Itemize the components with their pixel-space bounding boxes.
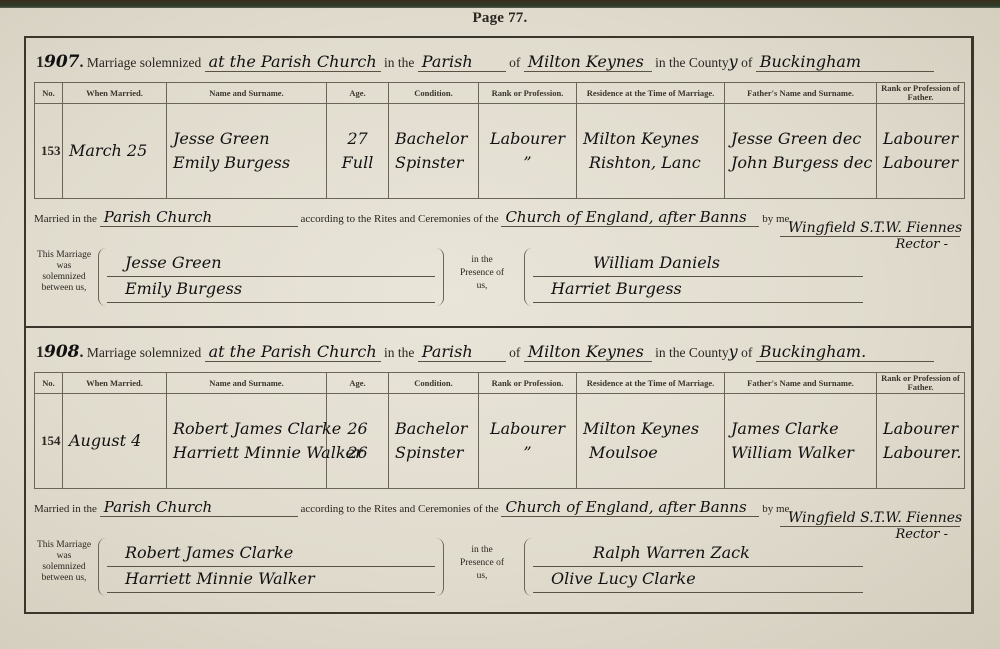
fathers-cell: Jesse Green decJohn Burgess dec (725, 104, 877, 199)
witness-signature: Ralph Warren Zack (533, 540, 863, 567)
label-of: of (741, 55, 752, 70)
ranks-cell: Labourer” (479, 104, 577, 199)
column-header-age: Age. (327, 373, 389, 394)
marriage-entry: 1907. Marriage solemnized at the Parish … (26, 38, 971, 328)
rites-field: Church of England, after Banns (501, 208, 759, 227)
county-field: Buckingham (756, 52, 934, 72)
district-type-field: Parish (418, 342, 506, 362)
party-signature: Jesse Green (107, 250, 435, 277)
label-married-in-the: Married in the (34, 213, 97, 225)
date-married: March 25 (63, 104, 167, 199)
register-frame: 1907. Marriage solemnized at the Parish … (24, 36, 974, 614)
table-header-row: No. When Married. Name and Surname. Age.… (35, 373, 965, 394)
label-this-marriage: This Marriage was solemnized between us, (34, 540, 94, 584)
entry-title-line: 1907. Marriage solemnized at the Parish … (36, 52, 955, 78)
column-header-father: Father's Name and Surname. (725, 373, 877, 394)
conditions-cell: BachelorSpinster (389, 104, 479, 199)
entry-number: 154 (35, 394, 63, 489)
ages-cell: 2626 (327, 394, 389, 489)
label-this-marriage: This Marriage was solemnized between us, (34, 250, 94, 294)
label-marriage-solemnized: Marriage solemnized (87, 345, 201, 360)
married-in-field: Parish Church (100, 498, 298, 517)
label-of: of (509, 345, 520, 360)
column-header-rank: Rank or Profession. (479, 373, 577, 394)
register-table: No. When Married. Name and Surname. Age.… (34, 372, 965, 489)
label-marriage-solemnized: Marriage solemnized (87, 55, 201, 70)
label-in-the-county: in the Countyy (655, 55, 738, 70)
column-header-father-rank: Rank or Profession of Father. (877, 83, 965, 104)
marriage-entry: 1908. Marriage solemnized at the Parish … (26, 328, 971, 612)
table-row: 153 March 25 Jesse GreenEmily Burgess 27… (35, 104, 965, 199)
witness-signature: Harriet Burgess (533, 276, 863, 303)
witness-signatures: Ralph Warren Zack Olive Lucy Clarke (524, 538, 871, 596)
party-signatures: Robert James Clarke Harriett Minnie Walk… (98, 538, 444, 596)
column-header-when-married: When Married. (63, 83, 167, 104)
column-header-when-married: When Married. (63, 373, 167, 394)
party-signatures: Jesse Green Emily Burgess (98, 248, 444, 306)
label-of: of (509, 55, 520, 70)
entry-number: 153 (35, 104, 63, 199)
fathers-cell: James ClarkeWilliam Walker (725, 394, 877, 489)
party-signature: Emily Burgess (107, 276, 435, 303)
column-header-name: Name and Surname. (167, 83, 327, 104)
label-in-presence: in the Presence of us, (454, 254, 510, 293)
column-header-rank: Rank or Profession. (479, 83, 577, 104)
district-field: Milton Keynes (524, 52, 652, 72)
witness-signatures: William Daniels Harriet Burgess (524, 248, 871, 306)
witness-signature: Olive Lucy Clarke (533, 566, 863, 593)
label-married-in-the: Married in the (34, 503, 97, 515)
entry-year: 1908. (36, 344, 84, 361)
married-in-field: Parish Church (100, 208, 298, 227)
signature-block: Wingfield S.T.W. Fiennes Rector - This M… (34, 536, 964, 606)
place-field: at the Parish Church (205, 342, 381, 362)
column-header-residence: Residence at the Time of Marriage. (577, 83, 725, 104)
column-header-no: No. (35, 83, 63, 104)
table-row: 154 August 4 Robert James ClarkeHarriett… (35, 394, 965, 489)
column-header-residence: Residence at the Time of Marriage. (577, 373, 725, 394)
place-field: at the Parish Church (205, 52, 381, 72)
column-header-father-rank: Rank or Profession of Father. (877, 373, 965, 394)
entry-year: 1907. (36, 54, 84, 71)
label-in-the-county: in the Countyy (655, 345, 738, 360)
date-married: August 4 (63, 394, 167, 489)
table-header-row: No. When Married. Name and Surname. Age.… (35, 83, 965, 104)
column-header-age: Age. (327, 83, 389, 104)
column-header-condition: Condition. (389, 83, 479, 104)
county-field: Buckingham. (756, 342, 934, 362)
names-cell: Robert James ClarkeHarriett Minnie Walke… (167, 394, 327, 489)
party-signature: Harriett Minnie Walker (107, 566, 435, 593)
column-header-no: No. (35, 373, 63, 394)
label-in-the: in the (384, 55, 414, 70)
rites-field: Church of England, after Banns (501, 498, 759, 517)
register-table: No. When Married. Name and Surname. Age.… (34, 82, 965, 199)
district-field: Milton Keynes (524, 342, 652, 362)
page-number: Page 77. (0, 10, 1000, 27)
residences-cell: Milton KeynesMoulsoe (577, 394, 725, 489)
label-according-to: according to the Rites and Ceremonies of… (300, 503, 498, 515)
ages-cell: 27Full (327, 104, 389, 199)
entry-title-line: 1908. Marriage solemnized at the Parish … (36, 342, 955, 368)
officiant-name: Wingfield S.T.W. Fiennes (780, 510, 960, 527)
column-header-name: Name and Surname. (167, 373, 327, 394)
label-according-to: according to the Rites and Ceremonies of… (300, 213, 498, 225)
officiant-name: Wingfield S.T.W. Fiennes (780, 220, 960, 237)
conditions-cell: BachelorSpinster (389, 394, 479, 489)
father-ranks-cell: LabourerLabourer (877, 104, 965, 199)
father-ranks-cell: LabourerLabourer. (877, 394, 965, 489)
residences-cell: Milton KeynesRishton, Lanc (577, 104, 725, 199)
party-signature: Robert James Clarke (107, 540, 435, 567)
names-cell: Jesse GreenEmily Burgess (167, 104, 327, 199)
label-in-the: in the (384, 345, 414, 360)
district-type-field: Parish (418, 52, 506, 72)
ranks-cell: Labourer” (479, 394, 577, 489)
column-header-father: Father's Name and Surname. (725, 83, 877, 104)
label-of: of (741, 345, 752, 360)
signature-block: Wingfield S.T.W. Fiennes Rector - This M… (34, 246, 964, 316)
witness-signature: William Daniels (533, 250, 863, 277)
column-header-condition: Condition. (389, 373, 479, 394)
label-in-presence: in the Presence of us, (454, 544, 510, 583)
